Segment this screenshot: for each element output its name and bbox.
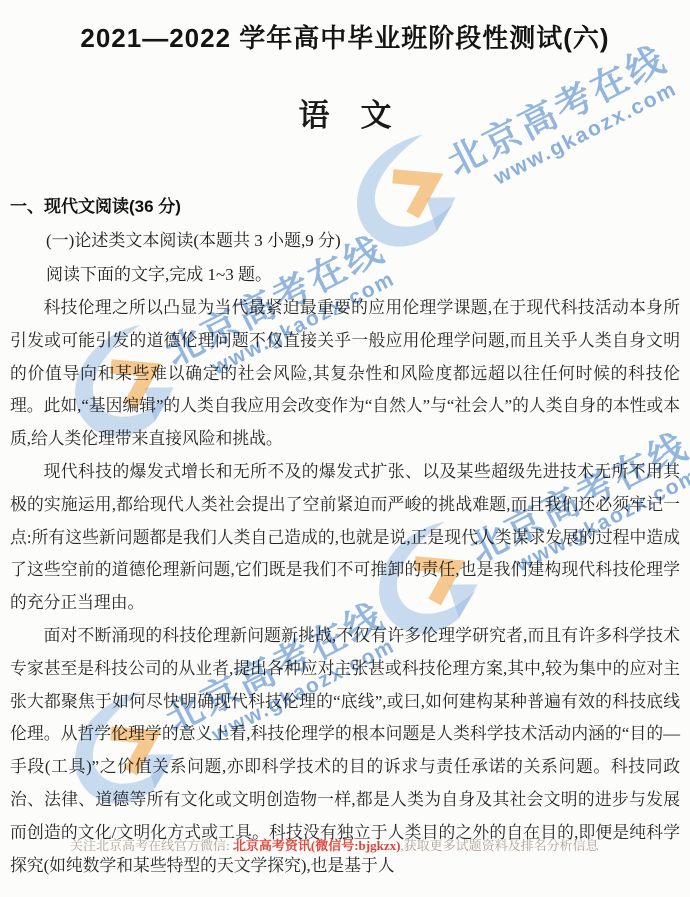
footer-prefix: 关注北京高考在线官方微信:	[70, 838, 233, 853]
footer-notice: 关注北京高考在线官方微信: 北京高考资讯(微信号:bjgkzx),获取更多试题资…	[70, 835, 599, 854]
subject-title: 语 文	[0, 90, 690, 135]
reading-instruction: 阅读下面的文字,完成 1~3 题。	[10, 258, 680, 292]
exam-paper-page: 2021—2022 学年高中毕业班阶段性测试(六) 语 文 一、现代文阅读(36…	[0, 0, 690, 897]
passage-paragraph-1: 科技伦理之所以凸显为当代最紧迫最重要的应用伦理学课题,在于现代科技活动本身所引发…	[10, 292, 680, 456]
section-subheading: (一)论述类文本阅读(本题共 3 小题,9 分)	[10, 224, 680, 258]
section-heading: 一、现代文阅读(36 分)	[10, 190, 680, 224]
footer-wechat-highlight: 北京高考资讯(微信号:bjgkzx)	[233, 838, 401, 853]
footer-suffix: ,获取更多试题资料及排名分析信息	[400, 838, 598, 853]
page-title: 2021—2022 学年高中毕业班阶段性测试(六)	[0, 18, 690, 55]
passage-paragraph-2: 现代科技的爆发式增长和无所不及的爆发式扩张、以及某些超级先进技术无所不用其极的实…	[10, 456, 680, 620]
passage-content: 一、现代文阅读(36 分) (一)论述类文本阅读(本题共 3 小题,9 分) 阅…	[10, 190, 680, 882]
